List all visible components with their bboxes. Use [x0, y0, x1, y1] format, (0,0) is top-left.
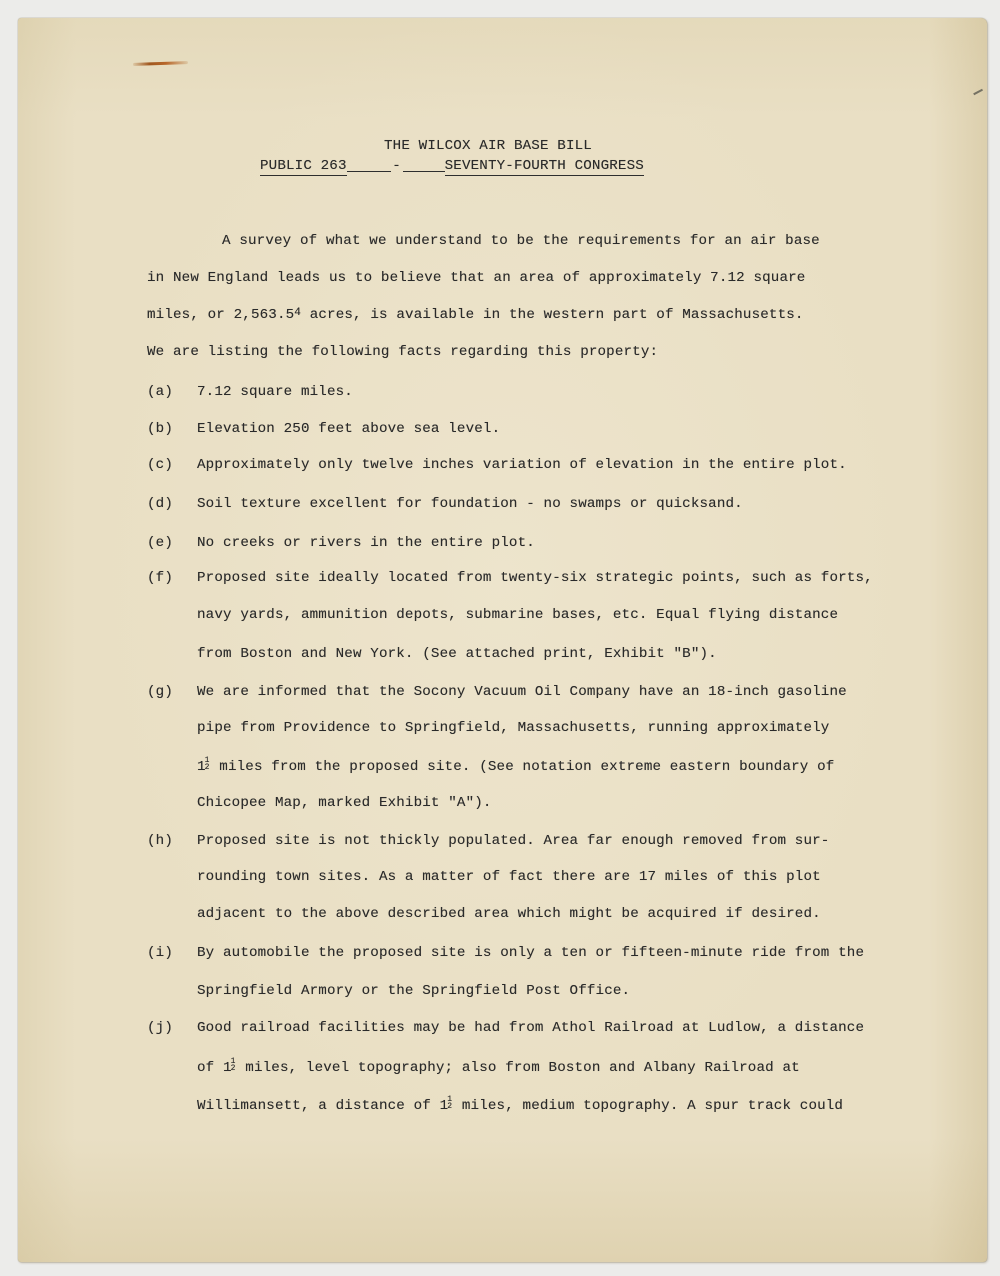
- item-label: (b): [147, 421, 173, 437]
- congress-name: SEVENTY-FOURTH CONGRESS: [445, 158, 644, 176]
- fraction-one-half: 12: [205, 757, 210, 771]
- document-title: THE WILCOX AIR BASE BILL: [384, 138, 592, 154]
- underline-gap: [347, 157, 391, 172]
- fraction-one-half: 12: [447, 1096, 452, 1110]
- item-text: rounding town sites. As a matter of fact…: [197, 869, 821, 885]
- item-text: Willimansett, a distance of 112 miles, m…: [197, 1096, 843, 1114]
- item-text: adjacent to the above described area whi…: [197, 906, 821, 922]
- item-label: (d): [147, 496, 173, 512]
- item-text: from Boston and New York. (See attached …: [197, 646, 717, 662]
- underline-gap: [403, 157, 445, 172]
- fraction-one-half: 12: [231, 1058, 236, 1072]
- item-text: navy yards, ammunition depots, submarine…: [197, 607, 838, 623]
- item-text: of 112 miles, level topography; also fro…: [197, 1058, 800, 1076]
- intro-line: We are listing the following facts regar…: [147, 344, 658, 360]
- item-text: Proposed site ideally located from twent…: [197, 570, 873, 586]
- document-subtitle: PUBLIC 263-SEVENTY-FOURTH CONGRESS: [260, 157, 644, 174]
- subtitle-separator: -: [391, 158, 403, 174]
- public-law-number: PUBLIC 263: [260, 158, 347, 176]
- item-text: Approximately only twelve inches variati…: [197, 457, 847, 473]
- item-label: (j): [147, 1020, 173, 1036]
- item-text: Soil texture excellent for foundation - …: [197, 496, 743, 512]
- item-text: 112 miles from the proposed site. (See n…: [197, 757, 834, 775]
- item-label: (g): [147, 684, 173, 700]
- item-text: Proposed site is not thickly populated. …: [197, 833, 829, 849]
- item-label: (a): [147, 384, 173, 400]
- item-text: Good railroad facilities may be had from…: [197, 1020, 864, 1036]
- item-text: 7.12 square miles.: [197, 384, 353, 400]
- item-label: (f): [147, 570, 173, 586]
- item-label: (c): [147, 457, 173, 473]
- item-text: pipe from Providence to Springfield, Mas…: [197, 720, 829, 736]
- item-text: Chicopee Map, marked Exhibit "A").: [197, 795, 492, 811]
- item-label: (i): [147, 945, 173, 961]
- paper-speck: [973, 89, 983, 95]
- item-label: (h): [147, 833, 173, 849]
- rust-stain: [133, 61, 188, 66]
- item-text: No creeks or rivers in the entire plot.: [197, 535, 535, 551]
- item-label: (e): [147, 535, 173, 551]
- intro-line: in New England leads us to believe that …: [147, 270, 805, 286]
- item-text: Springfield Armory or the Springfield Po…: [197, 983, 630, 999]
- item-text: Elevation 250 feet above sea level.: [197, 421, 500, 437]
- intro-line: A survey of what we understand to be the…: [222, 233, 820, 249]
- intro-line: miles, or 2,563.54 acres, is available i…: [147, 307, 804, 323]
- item-text: We are informed that the Socony Vacuum O…: [197, 684, 847, 700]
- item-text: By automobile the proposed site is only …: [197, 945, 864, 961]
